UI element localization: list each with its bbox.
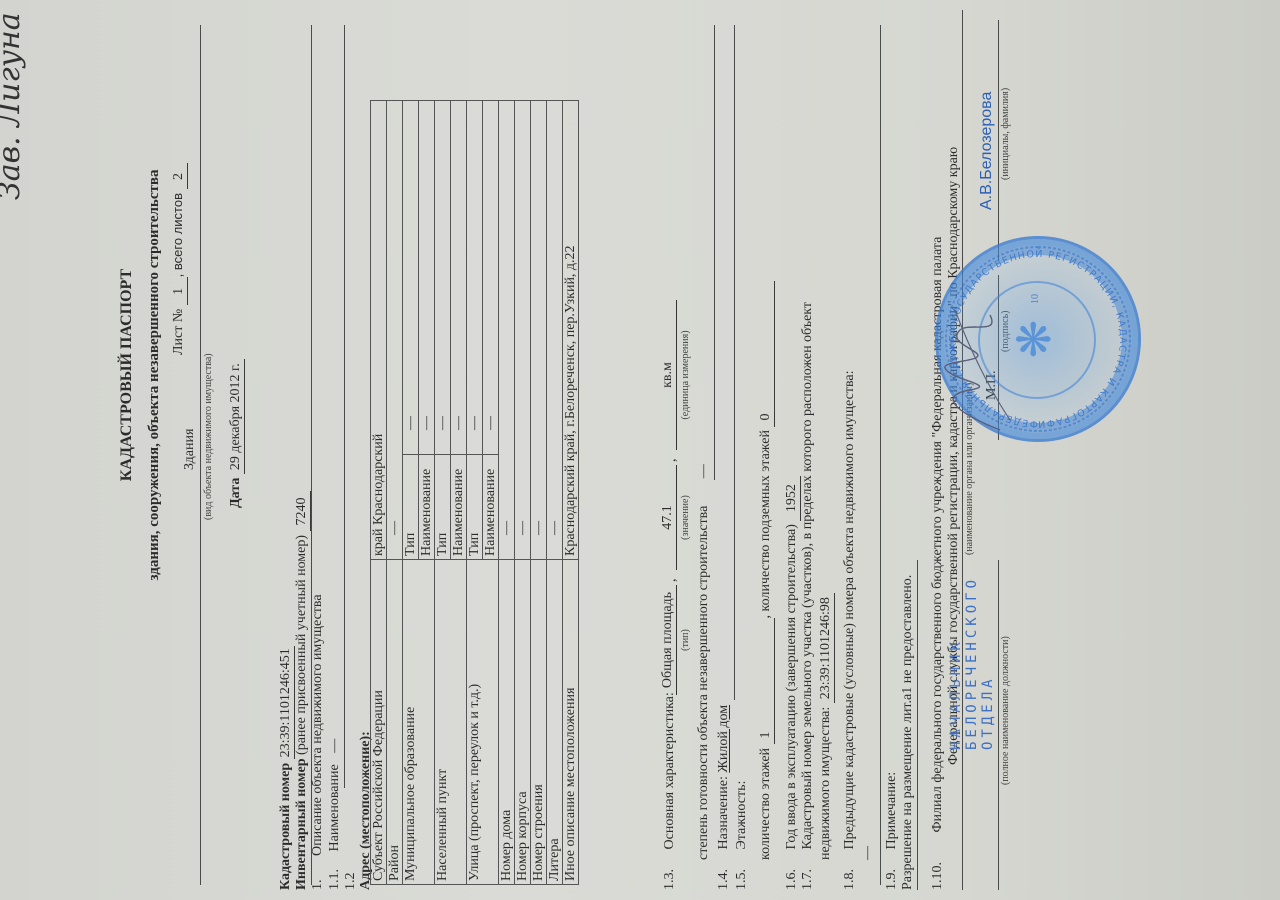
total-sheets: 2 <box>171 164 188 190</box>
table-row: Муниципальное образованиеТип— <box>403 101 419 885</box>
readiness-line: степень готовности объекта незавершенног… <box>696 464 712 860</box>
address-field-value: — <box>515 101 531 560</box>
item-1-9: 1.9. Примечание: <box>884 772 900 890</box>
comma: , <box>664 579 680 583</box>
document-title: КАДАСТРОВЫЙ ПАСПОРТ <box>118 0 136 900</box>
floors-line: количество этажей 1, количество подземны… <box>758 281 775 860</box>
main-characteristic-value: 47.1 <box>660 465 677 570</box>
main-characteristic-type: Общая площадь <box>660 585 677 695</box>
table-row: Район— <box>387 101 403 885</box>
address-field-value: — <box>483 101 499 455</box>
address-field-value: Краснодарский край, г.Белореченск, пер.У… <box>563 101 579 560</box>
position-rule <box>998 560 999 890</box>
table-row: Номер строения— <box>531 101 547 885</box>
item-1-1-value: — <box>327 739 342 753</box>
previous-numbers-rule <box>880 25 881 885</box>
address-field-value: — <box>531 101 547 560</box>
address-field-label: Район <box>387 560 403 885</box>
item-1-7: 1.7. Кадастровый номер земельного участк… <box>800 302 816 890</box>
address-subfield-label: Тип <box>403 455 419 560</box>
inventory-number-label: Инвентарный номер <box>294 758 309 890</box>
name-caption: (инициалы, фамилия) <box>1000 88 1011 180</box>
date-label: Дата <box>228 478 243 508</box>
handwritten-signature <box>930 300 1020 440</box>
sheet-number: 1 <box>171 277 188 305</box>
readiness-value: — <box>696 464 711 478</box>
table-row: Номер дома— <box>499 101 515 885</box>
address-field-value: — <box>499 101 515 560</box>
address-subfield-label: Тип <box>467 455 483 560</box>
table-row: Номер корпуса— <box>515 101 531 885</box>
address-subfield-label: Наименование <box>451 455 467 560</box>
object-type-rule <box>200 25 201 885</box>
signatory-name: А.В.Белозерова <box>978 92 996 210</box>
address-field-label: Номер дома <box>499 560 515 885</box>
address-subfield-label: Тип <box>435 455 451 560</box>
name-rule <box>344 25 345 788</box>
land-plot-cadastral-value: 23:39:1101246:98 <box>818 593 835 703</box>
address-field-value: — <box>419 101 435 455</box>
sheet-label: Лист № <box>171 309 186 355</box>
value-caption: (значение) <box>680 465 691 570</box>
address-field-value: — <box>547 101 563 560</box>
date-line: Дата 29 декабря 2012 г. <box>228 359 245 508</box>
cadastral-number-line: Кадастровый номер 23:39:1101246:451 <box>278 646 295 890</box>
item-1-5: 1.5. Этажность: <box>734 781 750 890</box>
purpose-value: Жилой дом <box>716 705 731 773</box>
item-1-4: 1.4. Назначение: Жилой дом <box>716 705 732 890</box>
cadastral-passport-page: Зав. Лигуна КАДАСТРОВЫЙ ПАСПОРТ здания, … <box>0 0 1280 900</box>
type-caption: (тип) <box>680 585 691 695</box>
stamp-number: 10 <box>1030 294 1041 304</box>
table-row: Иное описание местоположенияКраснодарски… <box>563 101 579 885</box>
address-field-label: Улица (проспект, переулок и т.д.) <box>467 560 499 885</box>
address-field-value: — <box>387 101 403 560</box>
address-field-label: Муниципальное образование <box>403 560 435 885</box>
document-subtitle: здания, сооружения, объекта незавершенно… <box>146 0 163 900</box>
address-field-label: Населенный пункт <box>435 560 467 885</box>
address-field-value: — <box>451 101 467 455</box>
address-field-value: — <box>467 101 483 455</box>
table-row: Литера— <box>547 101 563 885</box>
position-caption: (полное наименование должности) <box>1000 636 1011 785</box>
section-1-title: Описание объекта недвижимого имущества <box>310 594 325 856</box>
floors-value: 1 <box>758 618 775 744</box>
item-1-1: 1.1. Наименование — <box>327 739 343 890</box>
address-field-label: Субъект Российской Федерации <box>371 560 387 885</box>
address-field-value: — <box>403 101 419 455</box>
table-row: Улица (проспект, переулок и т.д.)Тип— <box>467 101 483 885</box>
date-value: 29 декабря 2012 г. <box>228 359 245 474</box>
cadastral-number-value: 23:39:1101246:451 <box>278 646 295 759</box>
name-rule <box>998 20 999 260</box>
inventory-number-note: (ранее присвоенный учетный номер) <box>294 535 309 755</box>
main-characteristic-unit: кв.м <box>660 300 677 450</box>
address-field-value: — <box>435 101 451 455</box>
readiness-rule <box>714 25 715 480</box>
address-field-label: Номер корпуса <box>515 560 531 885</box>
item-1-8: 1.8. Предыдущие кадастровые (условные) н… <box>842 371 858 890</box>
total-sheets-label: , всего листов <box>170 193 185 277</box>
note-rule <box>917 560 918 890</box>
previous-numbers-value: — <box>860 846 876 860</box>
address-field-label: Иное описание местоположения <box>563 560 579 885</box>
inventory-number-line: Инвентарный номер (ранее присвоенный уче… <box>294 491 311 890</box>
comma: , <box>664 459 680 463</box>
item-1-2-num: 1.2 <box>343 873 359 891</box>
position-stamp: НАЧАЛЬНИК БЕЛОРЕЧЕНСКОГО ОТДЕЛА <box>948 576 996 750</box>
handwritten-note: Зав. Лигуна <box>0 12 27 200</box>
photo-viewport: Зав. Лигуна КАДАСТРОВЫЙ ПАСПОРТ здания, … <box>0 0 1280 900</box>
address-subfield-label: Наименование <box>483 455 499 560</box>
table-row: Субъект Российской Федерациикрай Краснод… <box>371 101 387 885</box>
inventory-number-value: 7240 <box>294 491 311 531</box>
address-table: Субъект Российской Федерациикрай Краснод… <box>370 100 579 885</box>
section-1-heading: 1. Описание объекта недвижимого имуществ… <box>310 594 326 890</box>
item-1-3: 1.3. Основная характеристика: <box>662 692 678 890</box>
item-1-6: 1.6. Год ввода в эксплуатацию (завершени… <box>784 476 801 890</box>
object-type: Здания <box>182 429 198 470</box>
purpose-rule <box>734 25 735 700</box>
year-built-value: 1952 <box>784 476 801 521</box>
table-row: Населенный пунктТип— <box>435 101 451 885</box>
unit-caption: (единица измерения) <box>680 300 691 450</box>
address-field-label: Номер строения <box>531 560 547 885</box>
address-subfield-label: Наименование <box>419 455 435 560</box>
org-rule <box>962 10 963 890</box>
cadastral-number-label: Кадастровый номер <box>278 763 293 890</box>
note-value: Разрешение на размещение лит.а1 не предо… <box>900 575 916 890</box>
address-field-value: край Краснодарский <box>371 101 387 560</box>
address-field-label: Литера <box>547 560 563 885</box>
land-plot-line: недвижимого имущества: 23:39:1101246:98 <box>818 593 835 860</box>
underground-floors-value: 0 <box>758 281 775 427</box>
sheet-info: Лист № 1, всего листов 2 <box>170 164 188 356</box>
object-type-caption: (вид объекта недвижимого имущества) <box>203 353 214 520</box>
